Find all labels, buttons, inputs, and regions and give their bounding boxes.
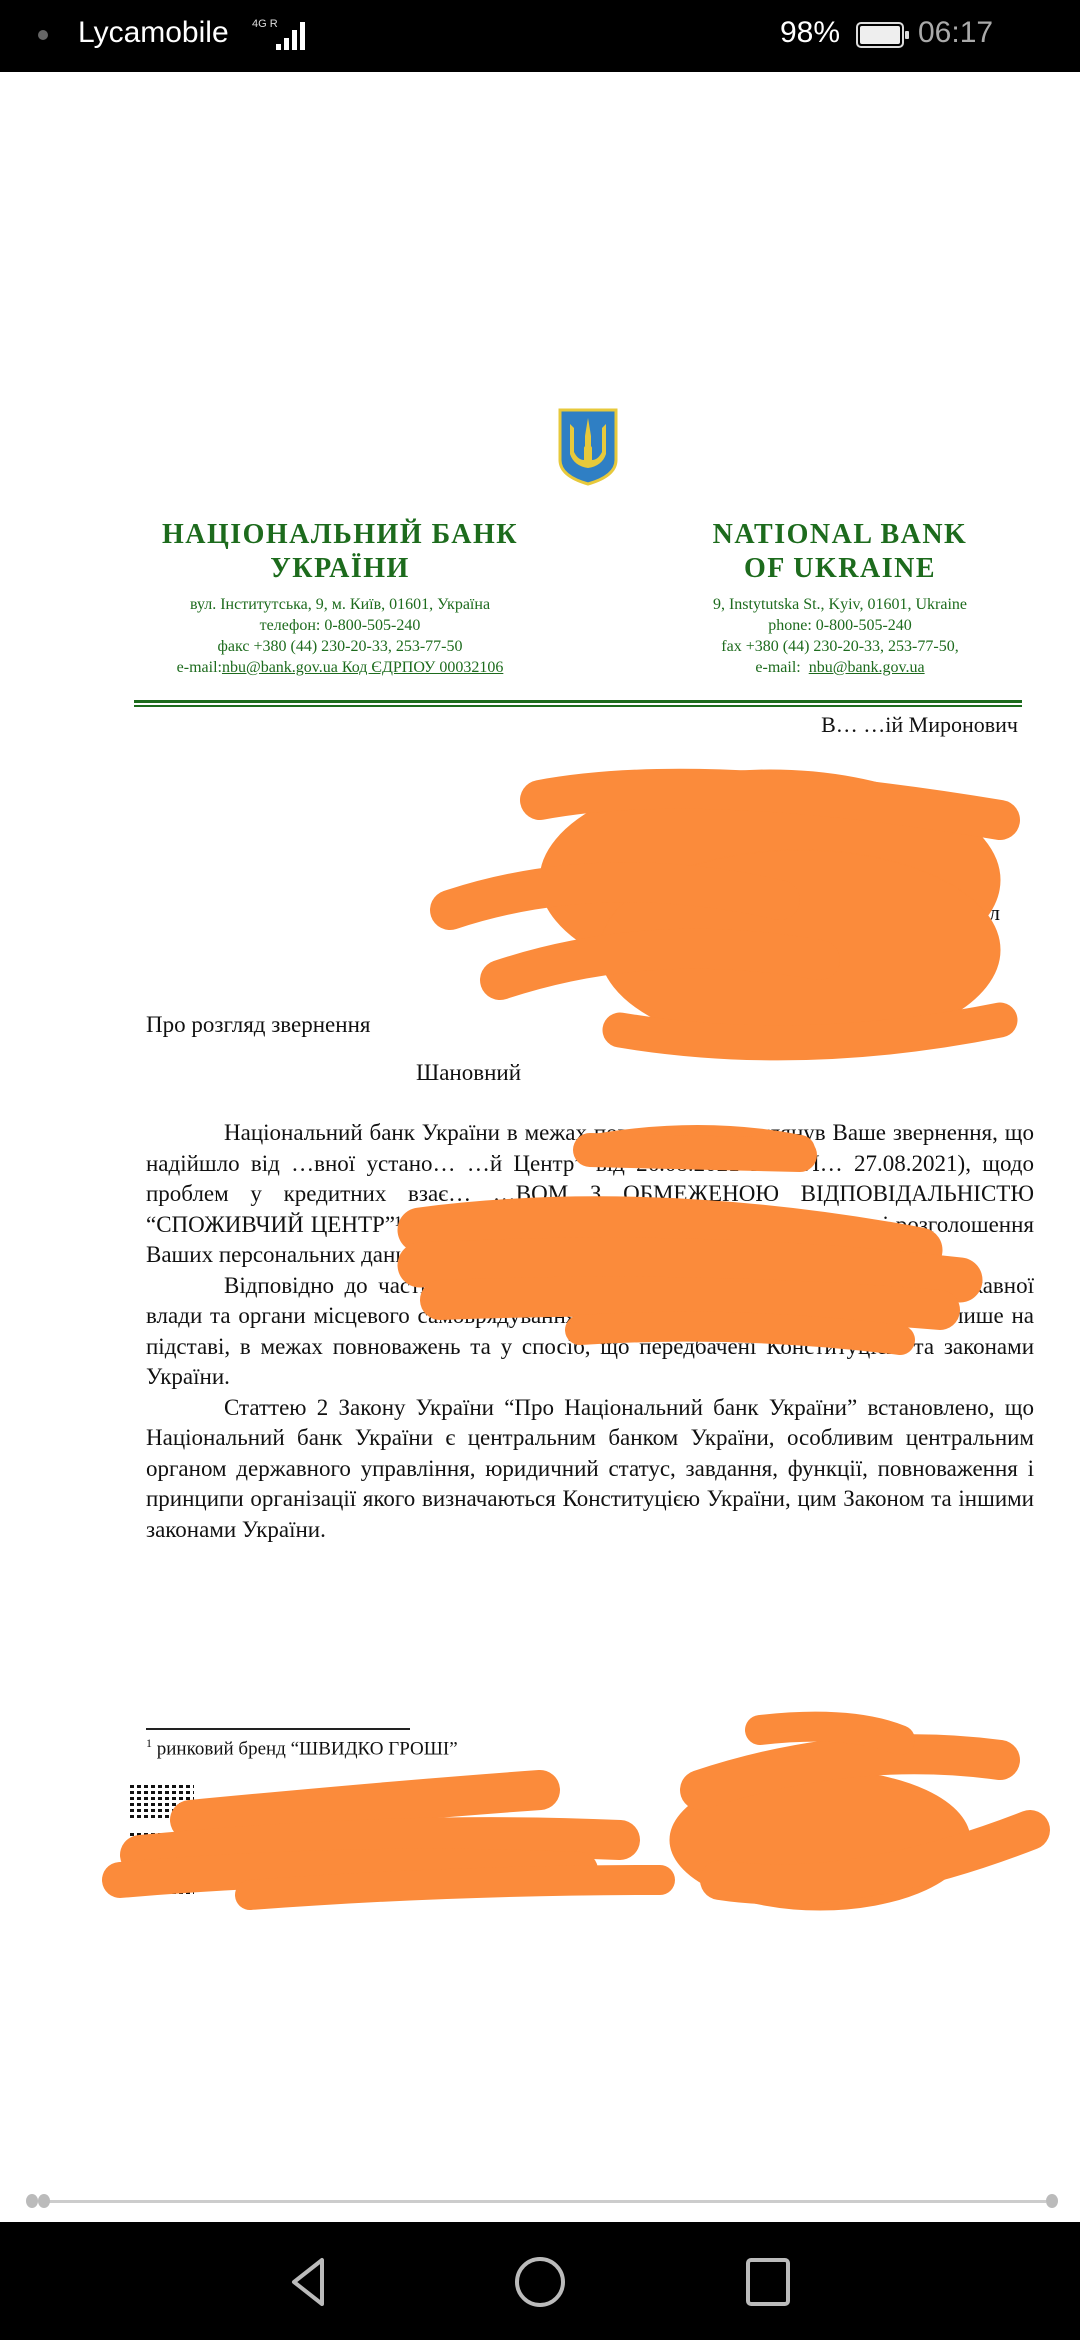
recents-icon[interactable] xyxy=(738,2252,798,2312)
navigation-bar xyxy=(0,2222,1080,2340)
scroll-thumb-left-2[interactable] xyxy=(38,2194,50,2208)
home-icon[interactable] xyxy=(510,2252,570,2312)
scroll-thumb-right[interactable] xyxy=(1046,2194,1058,2208)
scroll-thumb-left[interactable] xyxy=(26,2194,38,2208)
horizontal-scrollbar[interactable] xyxy=(26,2194,1056,2208)
scroll-track[interactable] xyxy=(46,2200,1046,2203)
back-icon[interactable] xyxy=(282,2252,342,2312)
redaction-overlay xyxy=(0,0,1080,2340)
